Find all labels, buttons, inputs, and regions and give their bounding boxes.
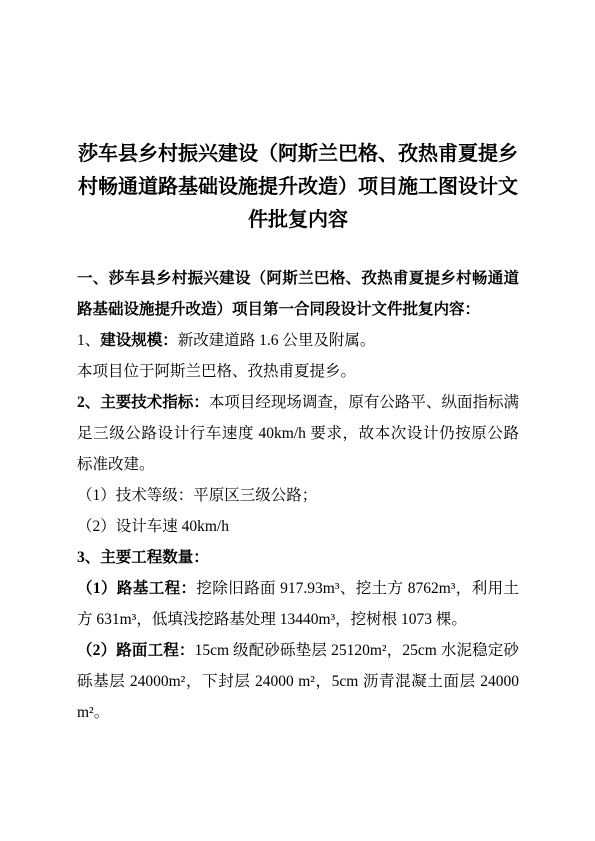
bold-text-run: 2、主要技术指标： (77, 394, 209, 411)
paragraph: 1、建设规模：新改建道路 1.6 公里及附属。 (77, 325, 519, 356)
paragraph: 本项目位于阿斯兰巴格、孜热甫夏提乡。 (77, 356, 519, 387)
bold-text-run: （2）路面工程： (77, 642, 195, 659)
bold-text-run: （1）路基工程： (77, 580, 196, 597)
document-page: 莎车县乡村振兴建设（阿斯兰巴格、孜热甫夏提乡村畅通道路基础设施提升改造）项目施工… (0, 0, 595, 841)
paragraph: 3、主要工程数量： (77, 542, 519, 573)
bold-text-run: 一、莎车县乡村振兴建设（阿斯兰巴格、孜热甫夏提乡村畅通道路基础设施提升改造）项目… (77, 270, 519, 318)
paragraph: （1）技术等级：平原区三级公路； (77, 480, 519, 511)
text-run: 本项目位于阿斯兰巴格、孜热甫夏提乡。 (77, 363, 356, 380)
bold-text-run: 建设规模： (100, 332, 178, 349)
document-title: 莎车县乡村振兴建设（阿斯兰巴格、孜热甫夏提乡村畅通道路基础设施提升改造）项目施工… (77, 138, 519, 237)
text-run: （2）设计车速 40km/h (77, 518, 229, 535)
bold-text-run: 3、主要工程数量： (77, 549, 209, 566)
document-body: 一、莎车县乡村振兴建设（阿斯兰巴格、孜热甫夏提乡村畅通道路基础设施提升改造）项目… (77, 263, 519, 728)
text-run: 1、 (77, 332, 100, 349)
paragraph: 一、莎车县乡村振兴建设（阿斯兰巴格、孜热甫夏提乡村畅通道路基础设施提升改造）项目… (77, 263, 519, 325)
text-run: 新改建道路 1.6 公里及附属。 (178, 332, 376, 349)
text-run: （1）技术等级：平原区三级公路； (77, 487, 317, 504)
paragraph: （2）设计车速 40km/h (77, 511, 519, 542)
document-content: 莎车县乡村振兴建设（阿斯兰巴格、孜热甫夏提乡村畅通道路基础设施提升改造）项目施工… (77, 138, 519, 728)
paragraph: （2）路面工程：15cm 级配砂砾垫层 25120m²，25cm 水泥稳定砂砾基… (77, 635, 519, 728)
paragraph: （1）路基工程：挖除旧路面 917.93m³、挖土方 8762m³，利用土方 6… (77, 573, 519, 635)
paragraph: 2、主要技术指标：本项目经现场调查，原有公路平、纵面指标满足三级公路设计行车速度… (77, 387, 519, 480)
